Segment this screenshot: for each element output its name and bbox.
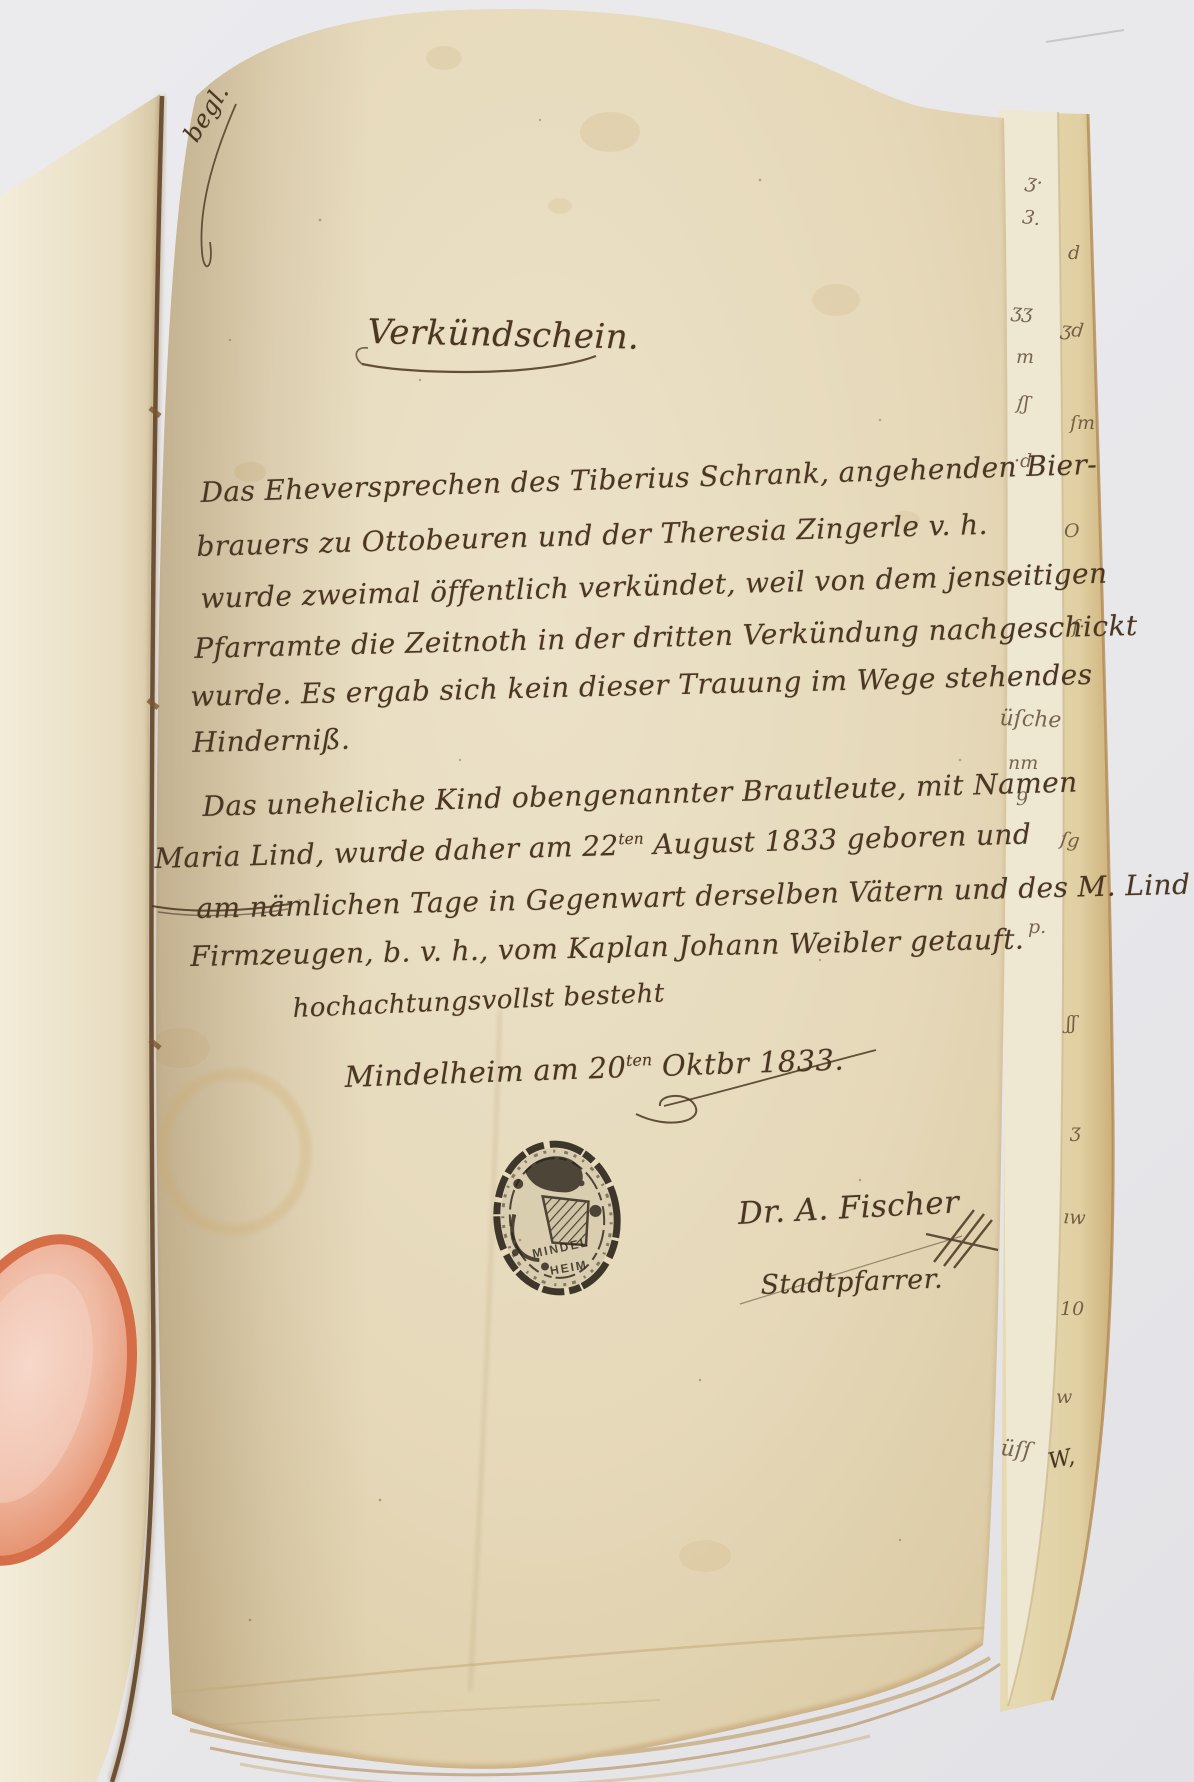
photo-of-open-book: begl. Verkündschein. Das Eheversprechen … [0, 0, 1194, 1782]
document-title: Verkündschein. [367, 312, 639, 358]
edge-fragment: ſg [1059, 828, 1081, 852]
edge-fragment: w [1056, 1386, 1072, 1408]
edge-fragment: ʒd [1060, 318, 1085, 342]
left-page [0, 94, 167, 1782]
edge-fragment: ʃʃ [1066, 1012, 1076, 1034]
edge-fragment: 9 [1016, 788, 1028, 810]
edge-fragment: p. [1028, 916, 1046, 938]
child-name: Maria Lind, [154, 837, 325, 875]
superscript-ten: ten [626, 1050, 653, 1070]
edge-fragment: m [1016, 346, 1034, 368]
edge-fragment: üſche [999, 706, 1062, 733]
edge-fragment: nm [1008, 752, 1038, 774]
superscript-ten: ten [618, 830, 644, 849]
edge-fragment: ʒ [1070, 1120, 1081, 1142]
manuscript-line: Hinderniß. [192, 723, 351, 759]
edge-fragment: ·d [1014, 450, 1032, 472]
edge-fragment: ʒ· [1024, 170, 1044, 195]
signature-role: Stadtpfarrer. [760, 1264, 943, 1301]
edge-fragment: ſʃ [1016, 392, 1030, 415]
date-rest: Oktbr 1833. [652, 1043, 845, 1084]
edge-fragment: O [1064, 520, 1080, 542]
edge-fragment: üſſ [999, 1436, 1032, 1464]
edge-fragment: ʒʒ [1010, 300, 1033, 323]
pencil-line-background [1046, 30, 1124, 42]
edge-fragment: 10 [1060, 1298, 1084, 1320]
edge-fragment: d [1068, 242, 1080, 264]
edge-fragment: ıw [1062, 1206, 1086, 1230]
edge-fragment: ſm [1070, 412, 1095, 434]
edge-fragment: 3. [1021, 206, 1042, 230]
edge-fragment: ſ· [1072, 616, 1085, 638]
